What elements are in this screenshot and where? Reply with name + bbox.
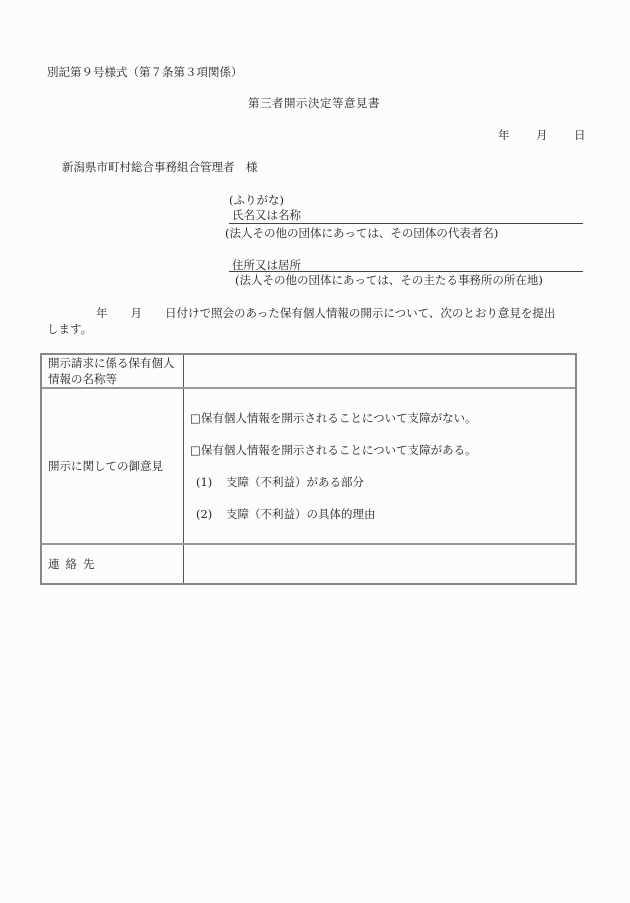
info-name-label: 開示請求に係る保有個人情報の名称等	[41, 354, 184, 388]
sub-item-text: 支障（不利益）の具体的理由	[226, 507, 376, 521]
table-row: 開示に関しての御意見 □保有個人情報を開示されることについて支障がない。 □保有…	[41, 388, 576, 544]
name-input-line[interactable]	[229, 223, 583, 224]
furigana-label: (ふりがな)	[229, 193, 284, 207]
date-year: 年	[498, 128, 536, 142]
option-objection[interactable]: □保有個人情報を開示されることについて支障がある。	[190, 442, 569, 458]
opinion-table: 開示請求に係る保有個人情報の名称等 開示に関しての御意見 □保有個人情報を開示さ…	[40, 353, 577, 585]
opinion-label: 開示に関しての御意見	[41, 388, 184, 544]
table-row: 連絡先	[41, 544, 576, 584]
contact-field[interactable]	[184, 544, 577, 584]
sub-item-text: 支障（不利益）がある部分	[226, 475, 364, 489]
date-month: 月	[536, 128, 574, 142]
sub-item-number: (2)	[196, 506, 226, 522]
date-field: 年月日	[498, 128, 586, 142]
table-row: 開示請求に係る保有個人情報の名称等	[41, 354, 576, 388]
opinion-field[interactable]: □保有個人情報を開示されることについて支障がない。 □保有個人情報を開示されるこ…	[184, 388, 577, 544]
date-day: 日	[574, 128, 586, 142]
form-number: 別記第９号様式（第７条第３項関係）	[47, 65, 243, 79]
contact-label: 連絡先	[41, 544, 184, 584]
address-input-line[interactable]	[229, 271, 583, 272]
sub-item-objection-reason: (2)支障（不利益）の具体的理由	[190, 506, 569, 522]
sub-item-number: (1)	[196, 474, 226, 490]
address-label: 住所又は居所	[232, 258, 301, 272]
document-title: 第三者開示決定等意見書	[248, 96, 380, 110]
sub-item-objection-part: (1)支障（不利益）がある部分	[190, 474, 569, 490]
addressee: 新潟県市町村総合事務組合管理者 様	[62, 160, 258, 174]
option-no-objection[interactable]: □保有個人情報を開示されることについて支障がない。	[190, 410, 569, 426]
body-text-line2: します。	[47, 322, 92, 336]
body-text-line1: 年 月 日付けで照会のあった保有個人情報の開示について、次のとおり意見を提出	[96, 306, 555, 320]
info-name-field[interactable]	[184, 354, 577, 388]
opinion-options: □保有個人情報を開示されることについて支障がない。 □保有個人情報を開示されるこ…	[190, 410, 569, 522]
name-label: 氏名又は名称	[232, 208, 301, 222]
name-note: (法人その他の団体にあっては、その団体の代表者名)	[225, 226, 498, 240]
address-note: (法人その他の団体にあっては、その主たる事務所の所在地)	[235, 273, 543, 287]
